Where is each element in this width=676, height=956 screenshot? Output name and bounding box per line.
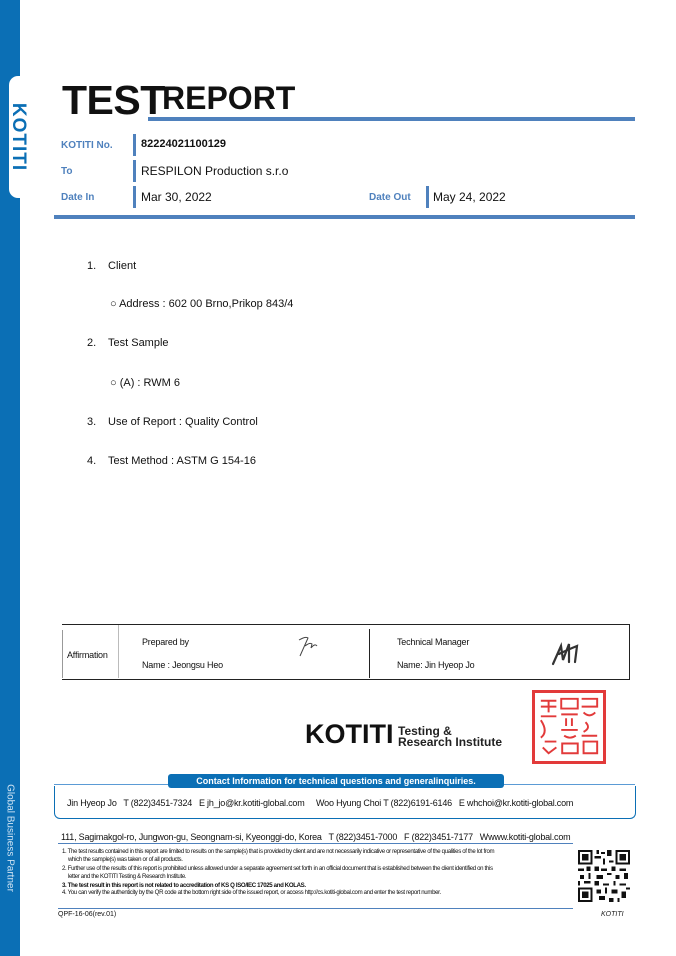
footer-brand: KOTITI [601, 911, 624, 918]
kotiti-no-label: KOTITI No. [61, 140, 113, 151]
prepared-by-label: Prepared by [142, 637, 189, 647]
qr-code-icon[interactable] [578, 850, 630, 902]
date-in-label: Date In [61, 192, 94, 203]
list-item: 4.Test Method : ASTM G 154-16 [87, 455, 256, 467]
brand-subtitle-line2: Research Institute [398, 737, 502, 748]
sidebar-logo: KOTITI [7, 103, 29, 171]
table-border [62, 630, 63, 678]
field-marker [133, 186, 136, 208]
brand-subtitle: Testing & Research Institute [398, 726, 502, 748]
table-divider [118, 625, 119, 678]
official-seal-icon [532, 690, 606, 764]
item-number: 4. [87, 455, 108, 467]
sidebar-tagline: Global Business Partner [5, 784, 16, 892]
date-out-value: May 24, 2022 [433, 190, 506, 204]
technical-manager-name: Name: Jin Hyeop Jo [397, 660, 474, 670]
note-line: 3. The test result in this report is not… [62, 882, 572, 889]
table-divider [369, 629, 370, 678]
to-value: RESPILON Production s.r.o [141, 164, 288, 178]
title-divider [148, 117, 635, 121]
item-text: Use of Report : Quality Control [108, 416, 258, 428]
technical-manager-label: Technical Manager [397, 637, 469, 647]
item-number: 3. [87, 416, 108, 428]
item-number: 1. [87, 260, 108, 272]
field-marker [426, 186, 429, 208]
footer-divider [58, 843, 573, 844]
brand-logo: KOTITI [305, 721, 394, 748]
list-item: 3.Use of Report : Quality Control [87, 416, 258, 428]
note-line: 1. The test results contained in this re… [62, 848, 572, 856]
kotiti-no-value: 82224021100129 [141, 138, 226, 150]
client-address: ○ Address : 602 00 Brno,Prikop 843/4 [110, 298, 293, 310]
item-text: Client [108, 260, 136, 272]
header-divider [54, 215, 635, 219]
note-line: 4. You can verify the authenticity by th… [62, 889, 572, 896]
note-line: 2. Further use of the results of this re… [62, 865, 572, 873]
prepared-by-name: Name : Jeongsu Heo [142, 660, 223, 670]
contact-heading: Contact Information for technical questi… [168, 774, 504, 788]
to-label: To [61, 166, 72, 177]
note-line: which the sample(s) was taken or of all … [62, 856, 572, 864]
affirmation-table [62, 624, 630, 680]
date-in-value: Mar 30, 2022 [141, 190, 212, 204]
field-marker [133, 160, 136, 182]
list-item: 1.Client [87, 260, 136, 272]
item-text: Test Method : ASTM G 154-16 [108, 455, 256, 467]
disclaimer-notes: 1. The test results contained in this re… [62, 848, 572, 896]
item-text: Test Sample [108, 337, 169, 349]
signature-preparer-icon [296, 634, 320, 660]
page-title-report: REPORT [162, 82, 295, 114]
field-marker [133, 134, 136, 156]
date-out-label: Date Out [369, 192, 411, 203]
company-address: 111, Sagimakgol-ro, Jungwon-gu, Seongnam… [61, 832, 570, 842]
page-title-test: TEST [62, 80, 165, 121]
contact-details: Jin Hyeop Jo T (822)3451-7324 E jh_jo@kr… [67, 798, 573, 808]
affirmation-label: Affirmation [67, 650, 108, 660]
test-sample-value: ○ (A) : RWM 6 [110, 377, 180, 389]
note-line: letter and the KOTITI Testing & Research… [62, 873, 572, 881]
footer-bottom-divider [58, 908, 573, 909]
form-code: QPF-16-06(rev.01) [58, 911, 116, 918]
signature-manager-icon [551, 640, 583, 668]
list-item: 2.Test Sample [87, 337, 169, 349]
item-number: 2. [87, 337, 108, 349]
